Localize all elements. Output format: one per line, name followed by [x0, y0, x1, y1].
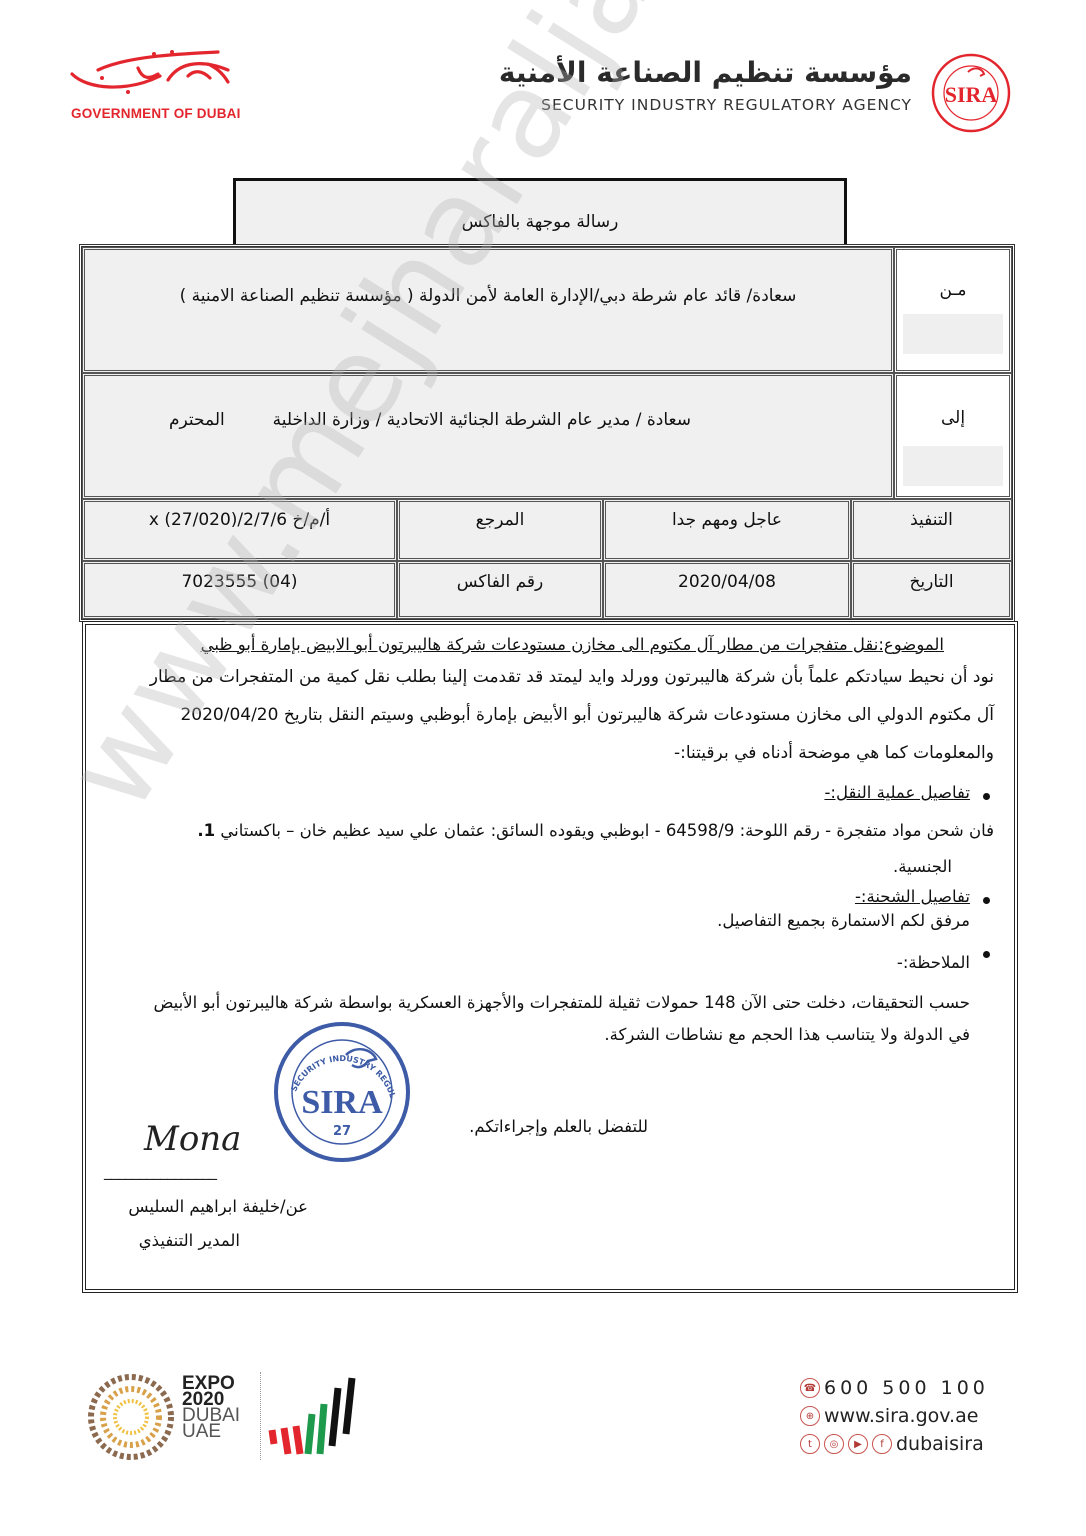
transport-item: فان شحن مواد متفجرة - رقم اللوحة: 64598/…	[197, 821, 994, 840]
intro-line-1: نود أن نحيط سيادتكم علماً بأن شركة هاليب…	[150, 667, 994, 687]
letter-body: الموضوع:نقل متفجرات من مطار آل مكتوم الى…	[82, 621, 1018, 1293]
signature: Mona	[144, 1119, 241, 1159]
signer-name: عن/خليفة ابراهيم السليس	[128, 1197, 308, 1216]
phone-icon: ☎	[800, 1378, 820, 1398]
social-handle[interactable]: dubaisira	[896, 1433, 984, 1455]
dubai-calligraphy-icon	[68, 46, 238, 100]
execution-label-cell: التنفيذ	[851, 499, 1012, 561]
phone-number[interactable]: 600 500 100	[824, 1377, 989, 1399]
reference-value-cell: أ/م/خ 2/7/6/x (27/020)	[82, 499, 397, 561]
note-heading: الملاحظة:-	[897, 953, 970, 972]
fax-title: رسالة موجهة بالفاكس	[462, 212, 619, 232]
reference-value: أ/م/خ 2/7/6/x (27/020)	[149, 502, 330, 558]
sira-seal-icon: SIRA	[930, 52, 1012, 134]
government-of-dubai-text: GOVERNMENT OF DUBAI	[71, 106, 241, 121]
execution-label: التنفيذ	[910, 502, 953, 558]
fax-header-table: سعادة/ قائد عام شرطة دبي/الإدارة العامة …	[79, 244, 1015, 622]
intro-line-2: آل مكتوم الدولي الى مخازن مستودعات شركة …	[180, 705, 994, 725]
agency-name-arabic: مؤسسة تنظيم الصناعة الأمنية	[499, 56, 912, 89]
bullet-icon	[983, 793, 990, 800]
reference-label-cell: المرجع	[397, 499, 603, 561]
transport-heading: تفاصيل عملية النقل:-	[824, 783, 970, 802]
date-label: التاريخ	[909, 564, 953, 616]
note-line-1: حسب التحقيقات، دخلت حتى الآن 148 حمولات …	[153, 993, 970, 1012]
date-value: 2020/04/08	[678, 564, 776, 616]
divider	[260, 1372, 261, 1460]
official-stamp-icon: SECURITY INDUSTRY REGULATORY AGENCY SIRA…	[272, 1021, 412, 1163]
sira-header-logo: مؤسسة تنظيم الصناعة الأمنية SECURITY IND…	[542, 52, 1012, 132]
expo-ring-icon	[86, 1372, 176, 1462]
government-of-dubai-logo: GOVERNMENT OF DUBAI	[68, 46, 248, 126]
svg-text:SIRA: SIRA	[301, 1084, 383, 1121]
execution-value: عاجل ومهم جدا	[672, 502, 782, 558]
bullet-icon	[983, 951, 990, 958]
from-value: سعادة/ قائد عام شرطة دبي/الإدارة العامة …	[180, 250, 797, 370]
website-link[interactable]: www.sira.gov.ae	[824, 1405, 978, 1427]
date-value-cell: 2020/04/08	[603, 561, 851, 619]
svg-text:SIRA: SIRA	[945, 82, 998, 107]
subject-label: الموضوع:	[878, 635, 944, 654]
transport-item-text: فان شحن مواد متفجرة - رقم اللوحة: 64598/…	[220, 821, 994, 840]
uae-flag-stripes-icon	[266, 1374, 362, 1460]
from-label-cell: مـن	[894, 247, 1012, 373]
intro-line-3: والمعلومات كما هي موضحة أدناه في برقيتنا…	[674, 743, 994, 763]
facebook-icon[interactable]: f	[872, 1434, 892, 1454]
instagram-icon[interactable]: ◎	[824, 1434, 844, 1454]
svg-text:27: 27	[333, 1124, 351, 1139]
to-value-cell: سعادة / مدير عام الشرطة الجنائية الاتحاد…	[82, 373, 894, 499]
youtube-icon[interactable]: ▶	[848, 1434, 868, 1454]
closing-text: للتفضل بالعلم وإجراءاتكم.	[469, 1117, 648, 1136]
reference-label: المرجع	[476, 502, 525, 558]
fax-number-value: (04) 7023555	[181, 564, 297, 616]
globe-icon: ⊕	[800, 1406, 820, 1426]
to-value: سعادة / مدير عام الشرطة الجنائية الاتحاد…	[273, 390, 691, 430]
to-label-cell: إلى	[894, 373, 1012, 499]
fax-number-label: رقم الفاكس	[457, 564, 544, 616]
fax-number-label-cell: رقم الفاكس	[397, 561, 603, 619]
from-value-cell: سعادة/ قائد عام شرطة دبي/الإدارة العامة …	[82, 247, 894, 373]
fax-title-box: رسالة موجهة بالفاكس	[233, 178, 847, 246]
date-label-cell: التاريخ	[851, 561, 1012, 619]
subject-text: نقل متفجرات من مطار آل مكتوم الى مخازن م…	[201, 635, 879, 654]
note-line-2: في الدولة ولا يتناسب هذا الحجم مع نشاطات…	[604, 1025, 970, 1044]
bullet-icon	[983, 897, 990, 904]
contact-info: ☎ 600 500 100 ⊕ www.sira.gov.ae t ◎ ▶ f …	[800, 1374, 989, 1458]
transport-item-line-2: الجنسية.	[893, 857, 952, 876]
shipment-text: مرفق لكم الاستمارة بجميع التفاصيل.	[717, 911, 970, 930]
to-honorific: المحترم	[169, 390, 225, 430]
expo-line-4: UAE	[182, 1424, 240, 1440]
fax-number-value-cell: (04) 7023555	[82, 561, 397, 619]
shipment-heading: تفاصيل الشحنة:-	[855, 887, 970, 906]
twitter-icon[interactable]: t	[800, 1434, 820, 1454]
transport-item-number: 1.	[197, 821, 215, 840]
execution-value-cell: عاجل ومهم جدا	[603, 499, 851, 561]
agency-name-english: SECURITY INDUSTRY REGULATORY AGENCY	[541, 96, 912, 114]
signature-line: ________________	[104, 1161, 216, 1180]
subject-line: الموضوع:نقل متفجرات من مطار آل مكتوم الى…	[201, 635, 944, 654]
signer-title: المدير التنفيذي	[139, 1231, 240, 1250]
